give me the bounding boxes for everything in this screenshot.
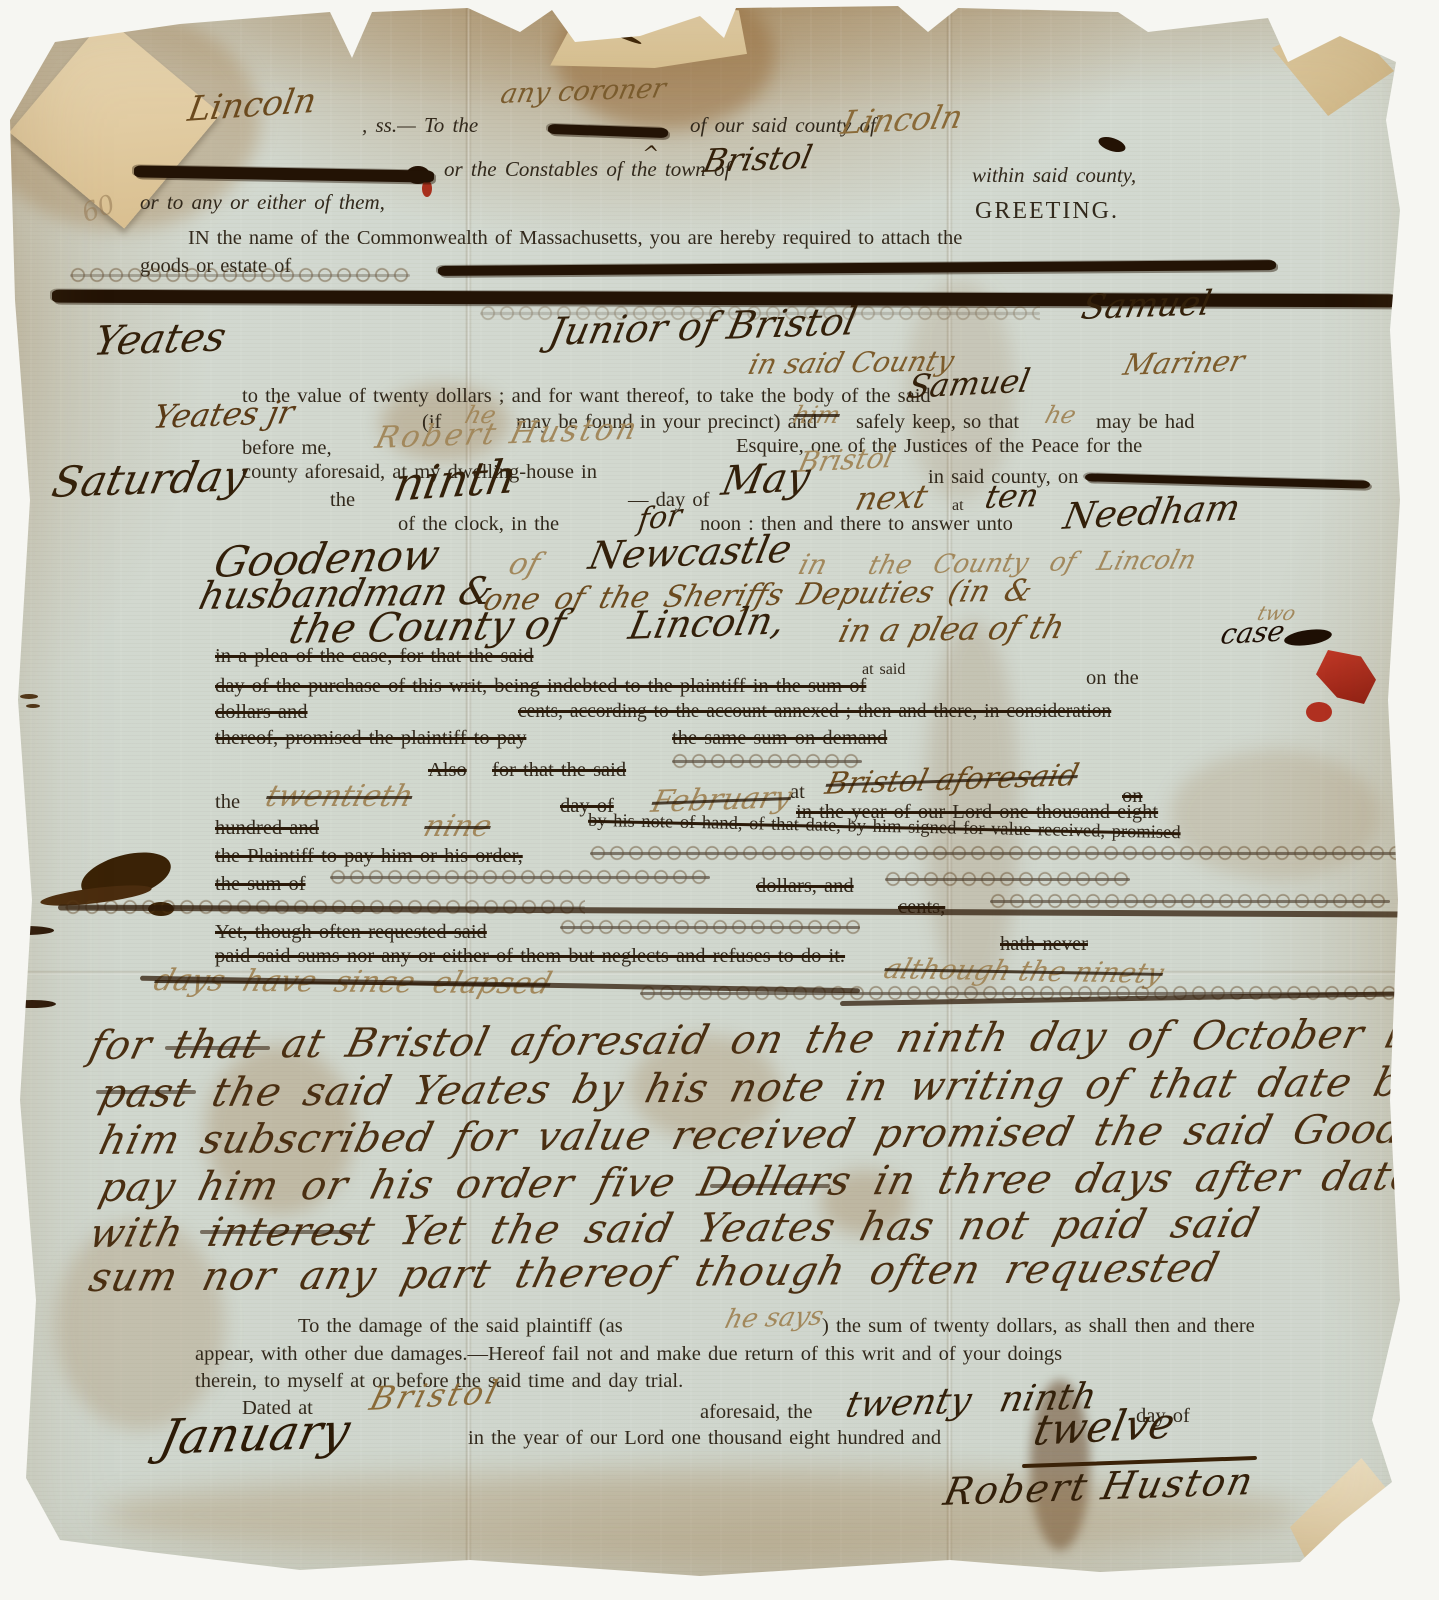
torn-flap-top-center bbox=[542, 4, 747, 68]
hw-lincoln-2: Lincoln bbox=[838, 99, 966, 141]
paper-sheet: Lincoln any coroner , ss.— To the ^ of o… bbox=[0, 0, 1439, 1600]
hw-county-top: Lincoln bbox=[185, 83, 319, 130]
margin-mark-b bbox=[26, 704, 40, 708]
printed-cents-2-struck: cents, bbox=[898, 896, 945, 919]
hw-ninth: ninth bbox=[390, 451, 521, 511]
scanned-writ-document: Lincoln any coroner , ss.— To the ^ of o… bbox=[0, 0, 1439, 1600]
red-wax-seal-remnant bbox=[1316, 650, 1376, 704]
printed-yet-struck: Yet, though often requested said bbox=[215, 921, 487, 944]
ink-blot-top-right bbox=[1097, 134, 1128, 155]
hw-needham: Needham bbox=[1060, 488, 1243, 537]
strike-bar-day-name bbox=[1085, 473, 1370, 488]
margin-dash-2 bbox=[8, 1000, 56, 1008]
hw-yeates: Yeates bbox=[90, 315, 230, 364]
printed-cents-according-struck: cents, according to the account annexed … bbox=[518, 701, 1111, 722]
hw-newcastle: Newcastle bbox=[585, 529, 795, 578]
hw-bristol-aforesaid-struck: Bristol aforesaid bbox=[822, 759, 1082, 801]
hw-signature-robert-huston: Robert Huston bbox=[940, 1461, 1258, 1514]
printed-hath-never-struck: hath never bbox=[1000, 933, 1088, 956]
pen-stroke-top bbox=[583, 16, 642, 47]
hw-nine-struck: nine bbox=[420, 810, 495, 843]
printed-on-the: on the bbox=[1086, 667, 1139, 690]
printed-year-2: in the year of our Lord one thousand eig… bbox=[468, 1427, 941, 1450]
printed-greeting: GREETING. bbox=[975, 198, 1119, 224]
printed-day-of-purchase-struck: day of the purchase of this writ, being … bbox=[215, 675, 866, 698]
hw-may: May bbox=[718, 455, 814, 504]
pencil-mark-60: 60 bbox=[78, 190, 119, 228]
printed-may-be-had: may be had bbox=[1096, 411, 1195, 434]
strike-over-interest bbox=[200, 1230, 365, 1234]
hw-mariner: Mariner bbox=[1120, 346, 1248, 382]
struck-illegible-handwriting-1 bbox=[70, 262, 410, 288]
hw-yeates-jr: Yeates jr bbox=[150, 395, 297, 435]
hw-him-1: him bbox=[790, 402, 843, 428]
stain-top-center bbox=[555, 0, 775, 130]
red-ink-drip bbox=[422, 180, 432, 197]
margin-mark-a bbox=[20, 694, 38, 699]
printed-within-said-county: within said county, bbox=[972, 164, 1136, 187]
printed-safely-keep: safely keep, so that bbox=[856, 411, 1019, 434]
ink-blob-case bbox=[1283, 627, 1333, 649]
hw-case: case bbox=[1218, 616, 1287, 650]
hw-samuel-2: Samuel bbox=[905, 363, 1033, 405]
hw-saturday: Saturday bbox=[48, 453, 251, 506]
printed-at-said: at said bbox=[862, 661, 905, 679]
hw-he-2: he bbox=[1042, 402, 1079, 428]
struck-illegible-amount bbox=[330, 864, 710, 890]
strike-bar-defendant-1 bbox=[438, 260, 1276, 276]
printed-plea-struck: in a plea of the case, for that the said bbox=[215, 645, 534, 668]
printed-the-2: the bbox=[215, 791, 240, 814]
strike-over-that bbox=[165, 1046, 270, 1050]
printed-also-struck: Also bbox=[428, 759, 467, 782]
hw-bristol-2: Bristol bbox=[366, 1375, 504, 1417]
hw-any-coroner: any coroner bbox=[498, 74, 668, 110]
printed-the-1: the bbox=[330, 489, 355, 512]
printed-at-1: at bbox=[952, 497, 964, 515]
dog-ear-bottom-right bbox=[1290, 1458, 1395, 1566]
struck-illegible-ninety-days bbox=[590, 840, 1430, 866]
strike-over-past bbox=[96, 1090, 196, 1094]
printed-sum-of-struck: the sum of bbox=[215, 873, 306, 896]
hw-of-2: of bbox=[505, 548, 544, 581]
hw-in-a-plea: in a plea of th bbox=[835, 610, 1068, 649]
hw-he-says: he says bbox=[722, 1302, 826, 1334]
printed-before-me: before me, bbox=[242, 437, 332, 460]
printed-for-that-said-struck: for that the said bbox=[492, 759, 626, 782]
hw-bristol-1: Bristol bbox=[700, 140, 815, 179]
hw-ten: ten bbox=[982, 478, 1042, 515]
hw-twelve: twelve bbox=[1030, 1400, 1179, 1454]
printed-aforesaid-the: aforesaid, the bbox=[700, 1401, 812, 1424]
printed-or-to-any: or to any or either of them, bbox=[140, 191, 385, 214]
printed-in-the-name: IN the name of the Commonwealth of Massa… bbox=[188, 227, 962, 250]
hw-january: January bbox=[155, 1405, 355, 1465]
red-wax-fragment bbox=[1306, 702, 1332, 722]
printed-ss-to-the: , ss.— To the bbox=[362, 114, 478, 137]
printed-same-sum-struck: the same sum on demand bbox=[672, 727, 887, 750]
folded-corner-top-right bbox=[1272, 16, 1394, 116]
struck-illegible-after-yet bbox=[560, 914, 860, 940]
printed-hundred-and-struck: hundred and bbox=[215, 817, 319, 840]
strike-bar-sheriff bbox=[548, 124, 668, 138]
strike-over-three bbox=[710, 1184, 830, 1188]
margin-dash-1 bbox=[0, 926, 54, 935]
printed-dollars-2-struck: dollars, and bbox=[756, 875, 854, 898]
hw-lincoln-3: Lincoln, bbox=[625, 600, 789, 648]
printed-damage-2: ) the sum of twenty dollars, as shall th… bbox=[822, 1315, 1255, 1338]
hw-next: next bbox=[852, 479, 931, 517]
printed-appear: appear, with other due damages.—Hereof f… bbox=[195, 1343, 1062, 1366]
strike-bar-deputies bbox=[134, 165, 434, 182]
printed-to-the-damage: To the damage of the said plaintiff (as bbox=[298, 1315, 623, 1338]
hw-body-line-6: sum nor any part thereof though often re… bbox=[85, 1246, 1224, 1300]
hw-body-line-1: for that at Bristol aforesaid on the nin… bbox=[85, 1012, 1439, 1068]
printed-thereof-struck: thereof, promised the plaintiff to pay bbox=[215, 727, 526, 750]
printed-dollars-and-struck: dollars and bbox=[215, 701, 308, 724]
hw-twentieth-struck: twentieth bbox=[262, 780, 417, 813]
printed-constables: or the Constables of the town of bbox=[444, 158, 730, 181]
hw-samuel-1: Samuel bbox=[1078, 285, 1215, 327]
